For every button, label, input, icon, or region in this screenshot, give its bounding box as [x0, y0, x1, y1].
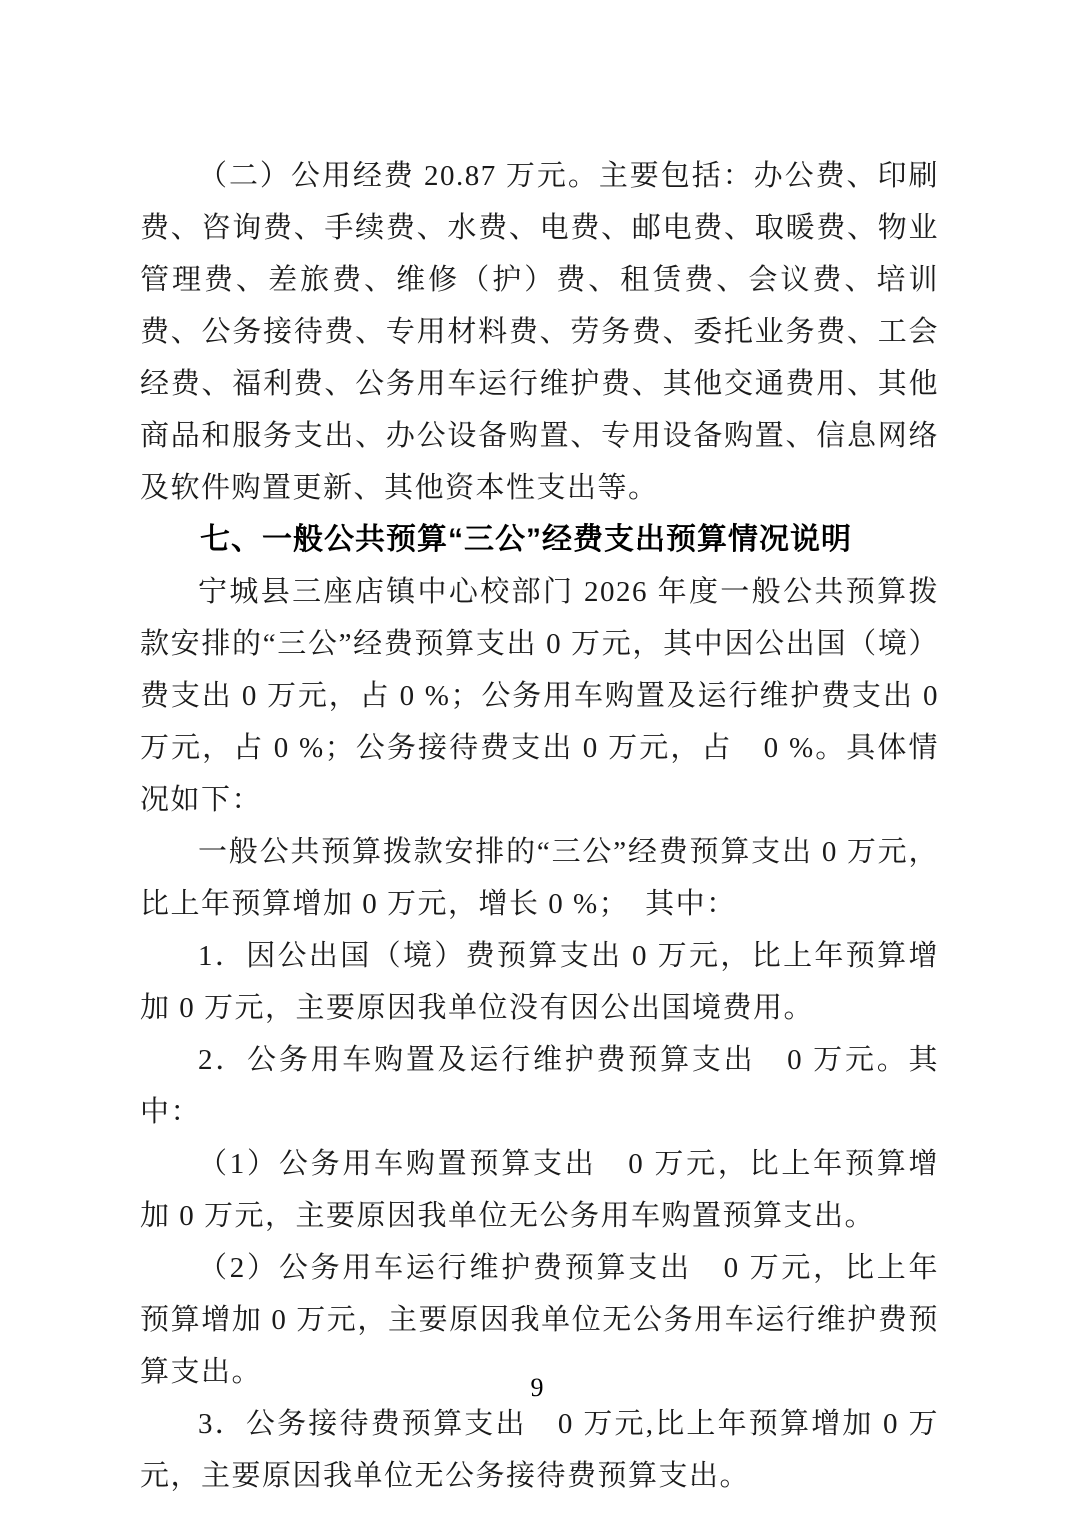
section-heading-seven: 七、一般公共预算“三公”经费支出预算情况说明: [140, 514, 939, 566]
page-number: 9: [0, 1362, 1074, 1414]
paragraph-item1-abroad: 1．因公出国（境）费预算支出 0 万元，比上年预算增加 0 万元，主要原因我单位…: [140, 930, 939, 1034]
document-page: （二）公用经费 20.87 万元。主要包括：办公费、印刷费、咨询费、手续费、水费…: [0, 0, 1074, 1520]
paragraph-item2-1-purchase: （1）公务用车购置预算支出 0 万元，比上年预算增加 0 万元，主要原因我单位无…: [140, 1138, 939, 1242]
document-content: （二）公用经费 20.87 万元。主要包括：办公费、印刷费、咨询费、手续费、水费…: [140, 150, 939, 1502]
paragraph-sangong-overview: 宁城县三座店镇中心校部门 2026 年度一般公共预算拨款安排的“三公”经费预算支…: [140, 566, 939, 826]
paragraph-public-expense: （二）公用经费 20.87 万元。主要包括：办公费、印刷费、咨询费、手续费、水费…: [140, 150, 939, 514]
paragraph-item2-vehicle: 2．公务用车购置及运行维护费预算支出 0 万元。其中：: [140, 1034, 939, 1138]
paragraph-sangong-total: 一般公共预算拨款安排的“三公”经费预算支出 0 万元，比上年预算增加 0 万元，…: [140, 826, 939, 930]
